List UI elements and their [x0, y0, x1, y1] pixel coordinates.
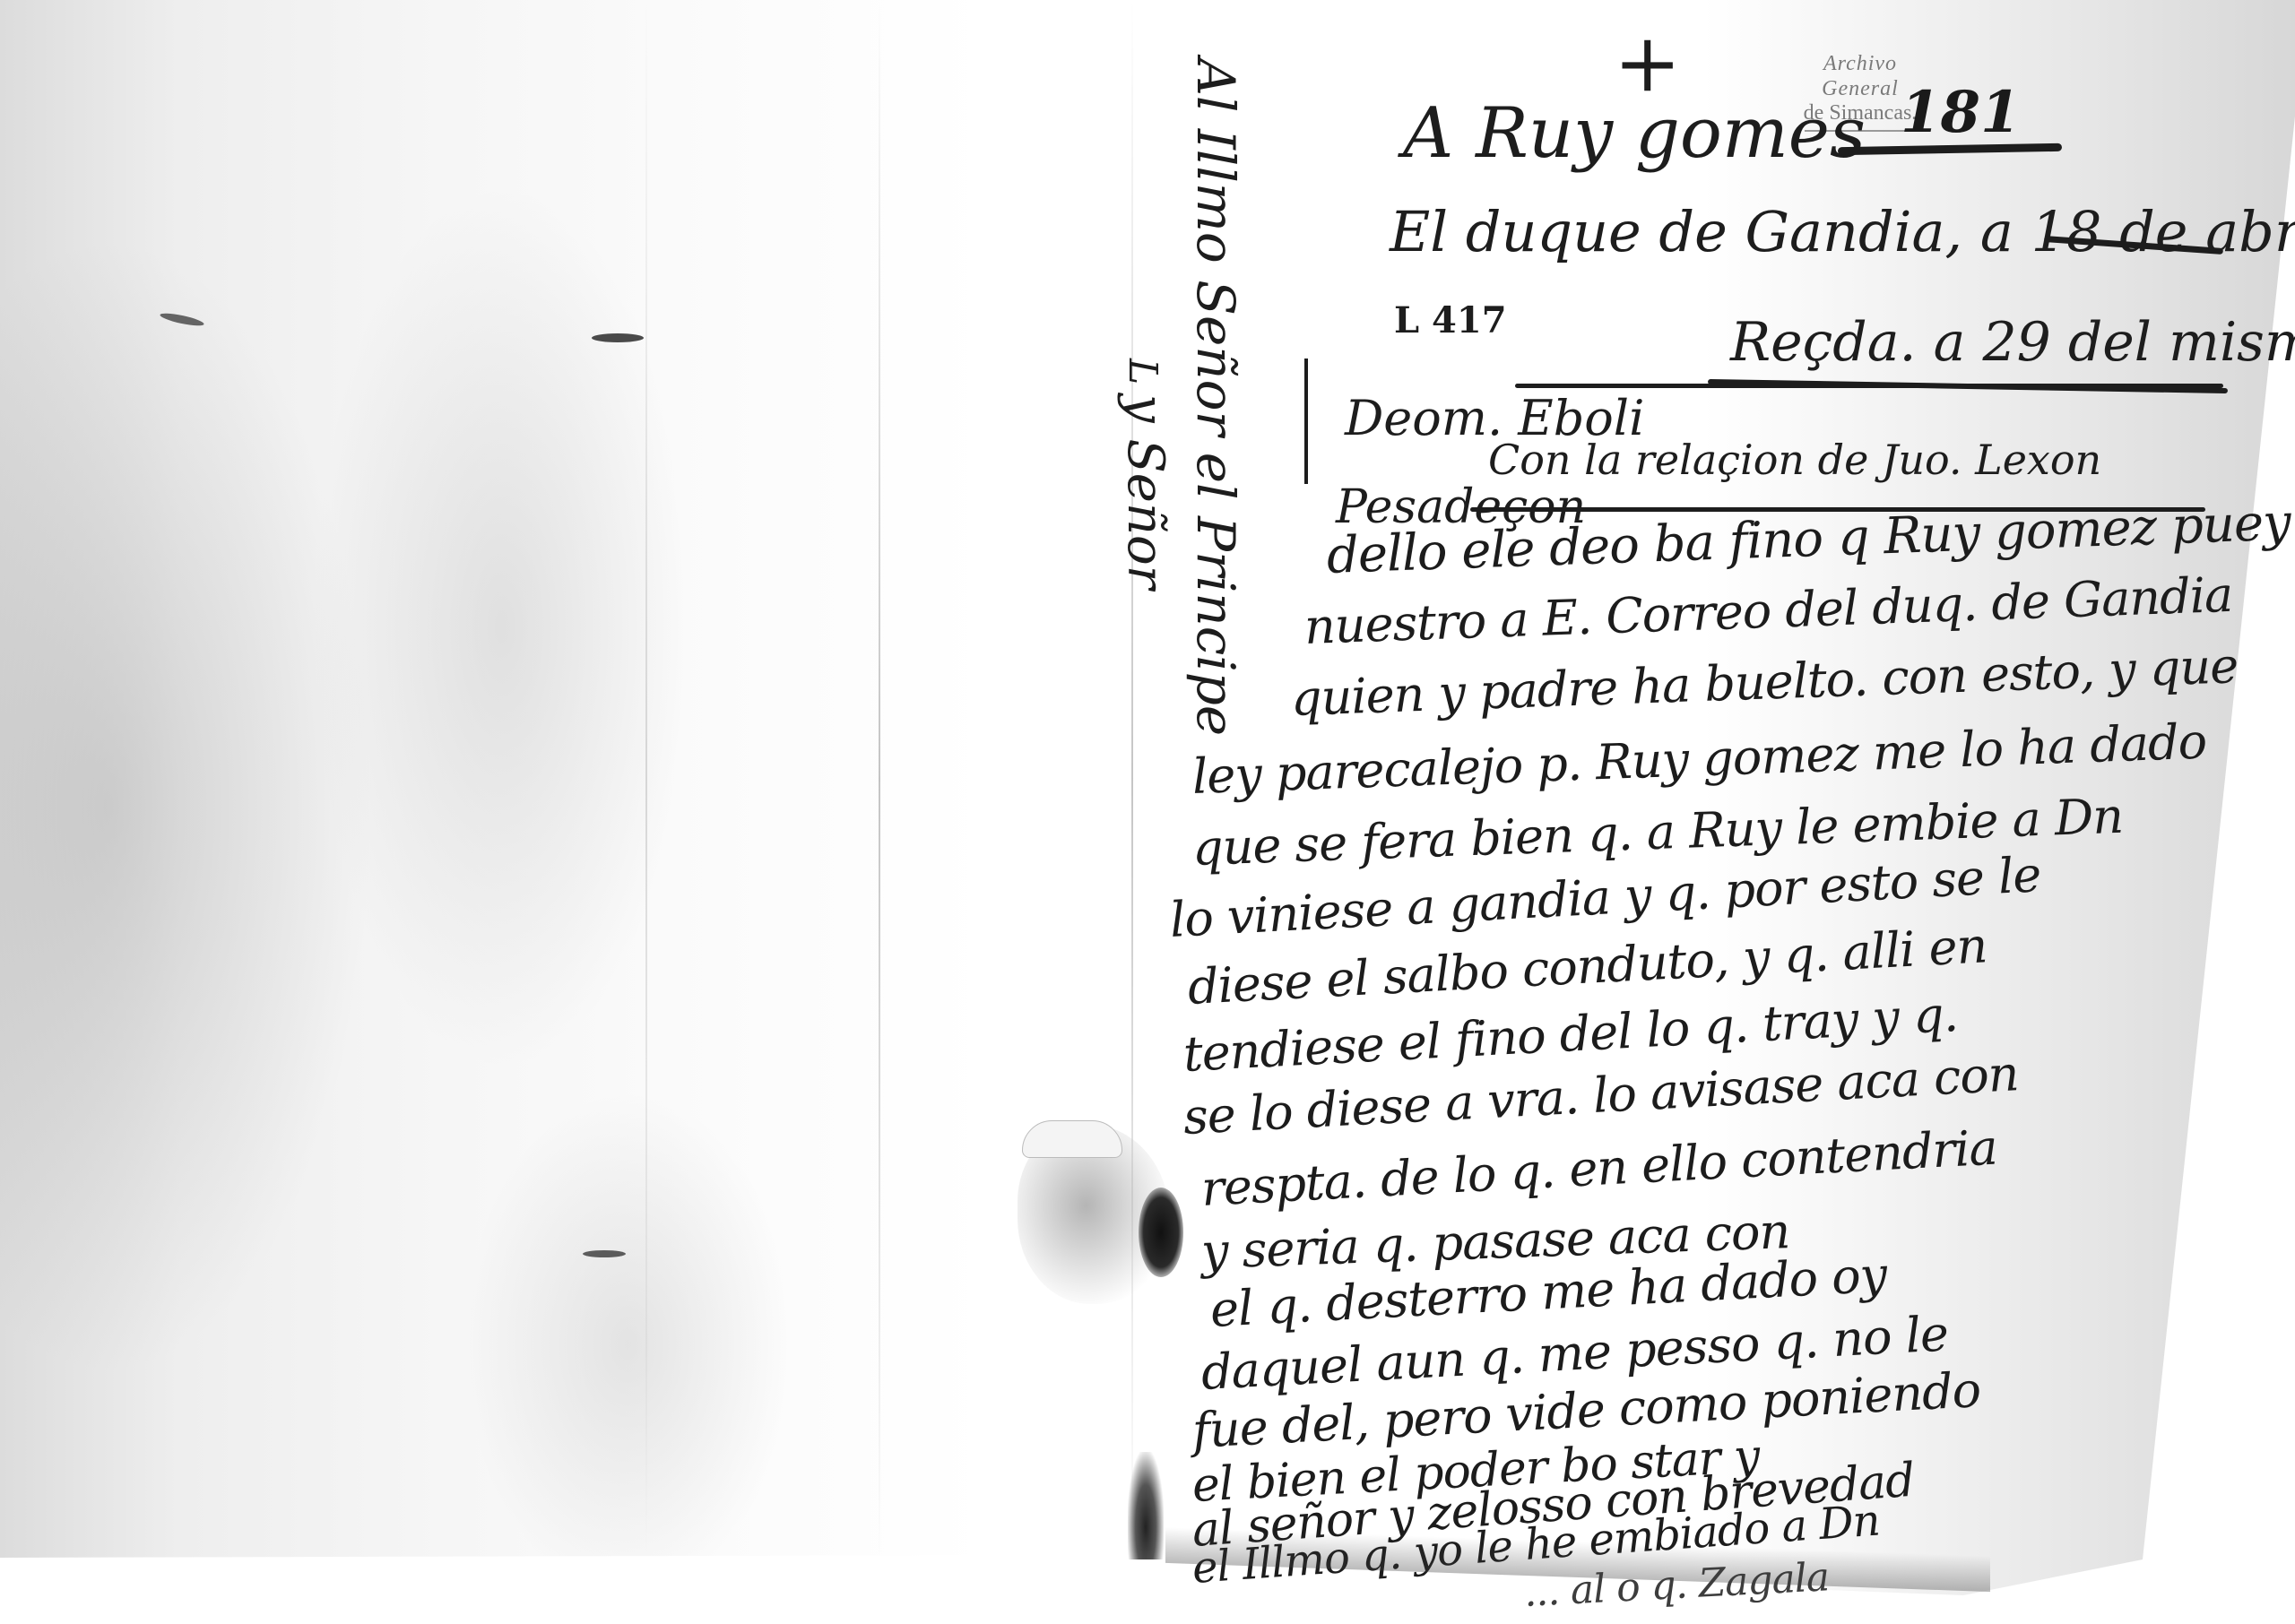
reference-mark: L 417 — [1394, 303, 1507, 339]
left-margin-mark: L — [1120, 358, 1165, 384]
address-line-1: Al Illmo Señor el Principe — [1185, 58, 1246, 736]
margin-note-line3: Con la relaçion de Juo. Lexon — [1488, 439, 2101, 480]
page-edge-shadow — [1128, 1452, 1164, 1559]
document-scan: Archivo General de Simancas. 181 + A Ruy… — [0, 0, 2295, 1624]
ink-speck — [592, 333, 644, 342]
margin-rule-top — [1515, 384, 2223, 388]
reply-note: Reçda. a 29 del mismo — [1730, 315, 2295, 369]
ink-speck — [583, 1250, 626, 1257]
margin-cross — [1304, 358, 1308, 484]
folio-number: 181 — [1901, 79, 2021, 146]
address-line-2: y Señor — [1116, 394, 1174, 590]
addressee-line: A Ruy gomes — [1403, 99, 1866, 168]
fold-line — [1131, 0, 1133, 1559]
sender-line: El duque de Gandia, a 18 de abril — [1390, 204, 2295, 260]
fold-line — [879, 0, 880, 1559]
fold-line — [645, 0, 647, 1559]
wax-seal — [1139, 1188, 1183, 1277]
seal-paper-flap — [1022, 1120, 1122, 1158]
